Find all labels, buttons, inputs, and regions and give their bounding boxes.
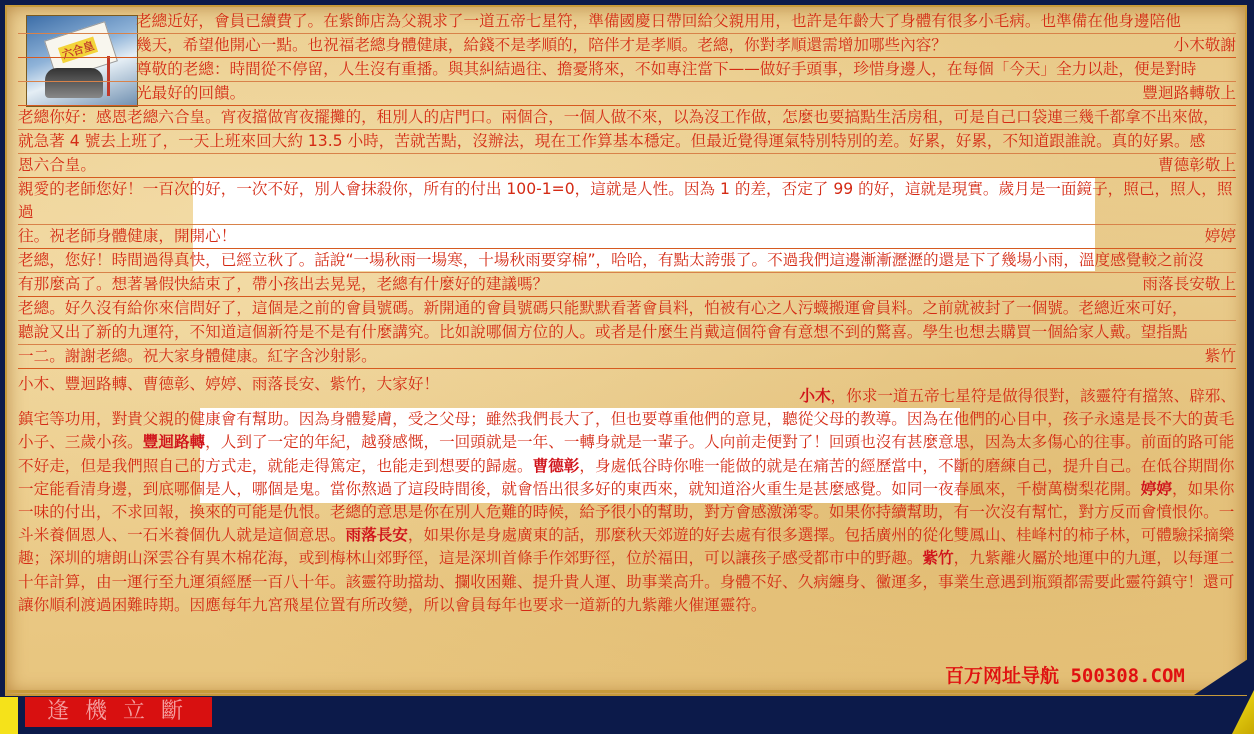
- divider: [5, 690, 1205, 693]
- letter-fenghuilu: 尊敬的老總：時間從不停留，人生沒有重播。與其糾結過往、擔憂將來，不如專注當下——…: [18, 58, 1236, 106]
- letter-zizhu: 老總。好久沒有給你來信問好了，這個是之前的會員號碼。新開通的會員號碼只能默默看著…: [18, 297, 1236, 369]
- letter-line-text: 幾天，希望他開心一點。也祝福老總身體健康，給錢不是孝順的，陪伴才是孝順。老總，你…: [136, 36, 947, 54]
- letter-line: 親愛的老師您好！一百次的好，一次不好，別人會抹殺你，所有的付出 100-1=0，…: [18, 178, 1236, 225]
- letter-signature: 曹德彰敬上: [18, 154, 1236, 177]
- letters-section: 老總近好，會員已續費了。在紫飾店為父親求了一道五帝七星符，準備國慶日帶回給父親用…: [18, 10, 1236, 412]
- letter-line: 尊敬的老總：時間從不停留，人生沒有重播。與其糾結過往、擔憂將來，不如專注當下——…: [18, 58, 1236, 82]
- letter-line: 老總你好：感恩老總六合皇。宵夜擋做宵夜擺攤的，租別人的店門口。兩個合，一個人做不…: [18, 106, 1236, 130]
- reply-text: 鎮宅等功用，對貴父親的健康會有幫助。因為身體髮膚，受之父母；雖然我們長大了，但也…: [18, 410, 1203, 428]
- letter-line: 幾天，希望他開心一點。也祝福老總身體健康，給錢不是孝順的，陪伴才是孝順。老總，你…: [18, 34, 1236, 57]
- letter-signature: 紫竹: [18, 345, 1236, 368]
- letter-line: 聽說又出了新的九運符，不知道這個新符是不是有什麼講究。比如說哪個方位的人。或者是…: [18, 321, 1236, 345]
- reply-name: 曹德彰: [533, 457, 580, 475]
- greeting: 小木、豐迴路轉、曹德彰、婷婷、雨落長安、紫竹，大家好！: [18, 373, 1236, 396]
- left-accent: [0, 697, 18, 734]
- letter-signature: 婷婷: [18, 225, 1236, 248]
- title-banner: 逢機立斷: [25, 697, 212, 727]
- letter-caodezhang: 老總你好：感恩老總六合皇。宵夜擋做宵夜擺攤的，租別人的店門口。兩個合，一個人做不…: [18, 106, 1236, 178]
- letter-yuluochangan: 老總，您好！時間過得真快，已經立秋了。話說“一場秋雨一場寒，十場秋雨要穿棉”，哈…: [18, 249, 1236, 297]
- letter-signature: 豐迴路轉敬上: [18, 82, 1236, 105]
- letter-xiaomu: 老總近好，會員已續費了。在紫飾店為父親求了一道五帝七星符，準備國慶日帶回給父親用…: [18, 10, 1236, 58]
- letter-signature: 雨落長安敬上: [18, 273, 1236, 296]
- reply-name: 豐迴路轉: [143, 433, 205, 451]
- letter-tingting: 親愛的老師您好！一百次的好，一次不好，別人會抹殺你，所有的付出 100-1=0，…: [18, 178, 1236, 249]
- letter-line: 就急著 4 號去上班了，一天上班來回大約 13.5 小時，苦就苦點，沒辦法，現在…: [18, 130, 1236, 154]
- nav-link[interactable]: 百万网址导航 500308.COM: [945, 661, 1185, 688]
- reply-body: 鎮宅等功用，對貴父親的健康會有幫助。因為身體髮膚，受之父母；雖然我們長大了，但也…: [18, 408, 1236, 617]
- letter-signature: 小木敬謝: [1174, 34, 1236, 57]
- reply-name: 婷婷: [1141, 480, 1172, 498]
- letter-line: 老總，您好！時間過得真快，已經立秋了。話說“一場秋雨一場寒，十場秋雨要穿棉”，哈…: [18, 249, 1236, 273]
- letter-line: 老總近好，會員已續費了。在紫飾店為父親求了一道五帝七星符，準備國慶日帶回給父親用…: [18, 10, 1236, 34]
- reply-name: 紫竹: [922, 549, 953, 567]
- reply-name: 雨落長安: [345, 526, 407, 544]
- reply-section: 小木，你求一道五帝七星符是做得很對，該靈符有擋煞、辟邪、 鎮宅等功用，對貴父親的…: [18, 385, 1236, 617]
- letter-line: 老總。好久沒有給你來信問好了，這個是之前的會員號碼。新開通的會員號碼只能默默看著…: [18, 297, 1236, 321]
